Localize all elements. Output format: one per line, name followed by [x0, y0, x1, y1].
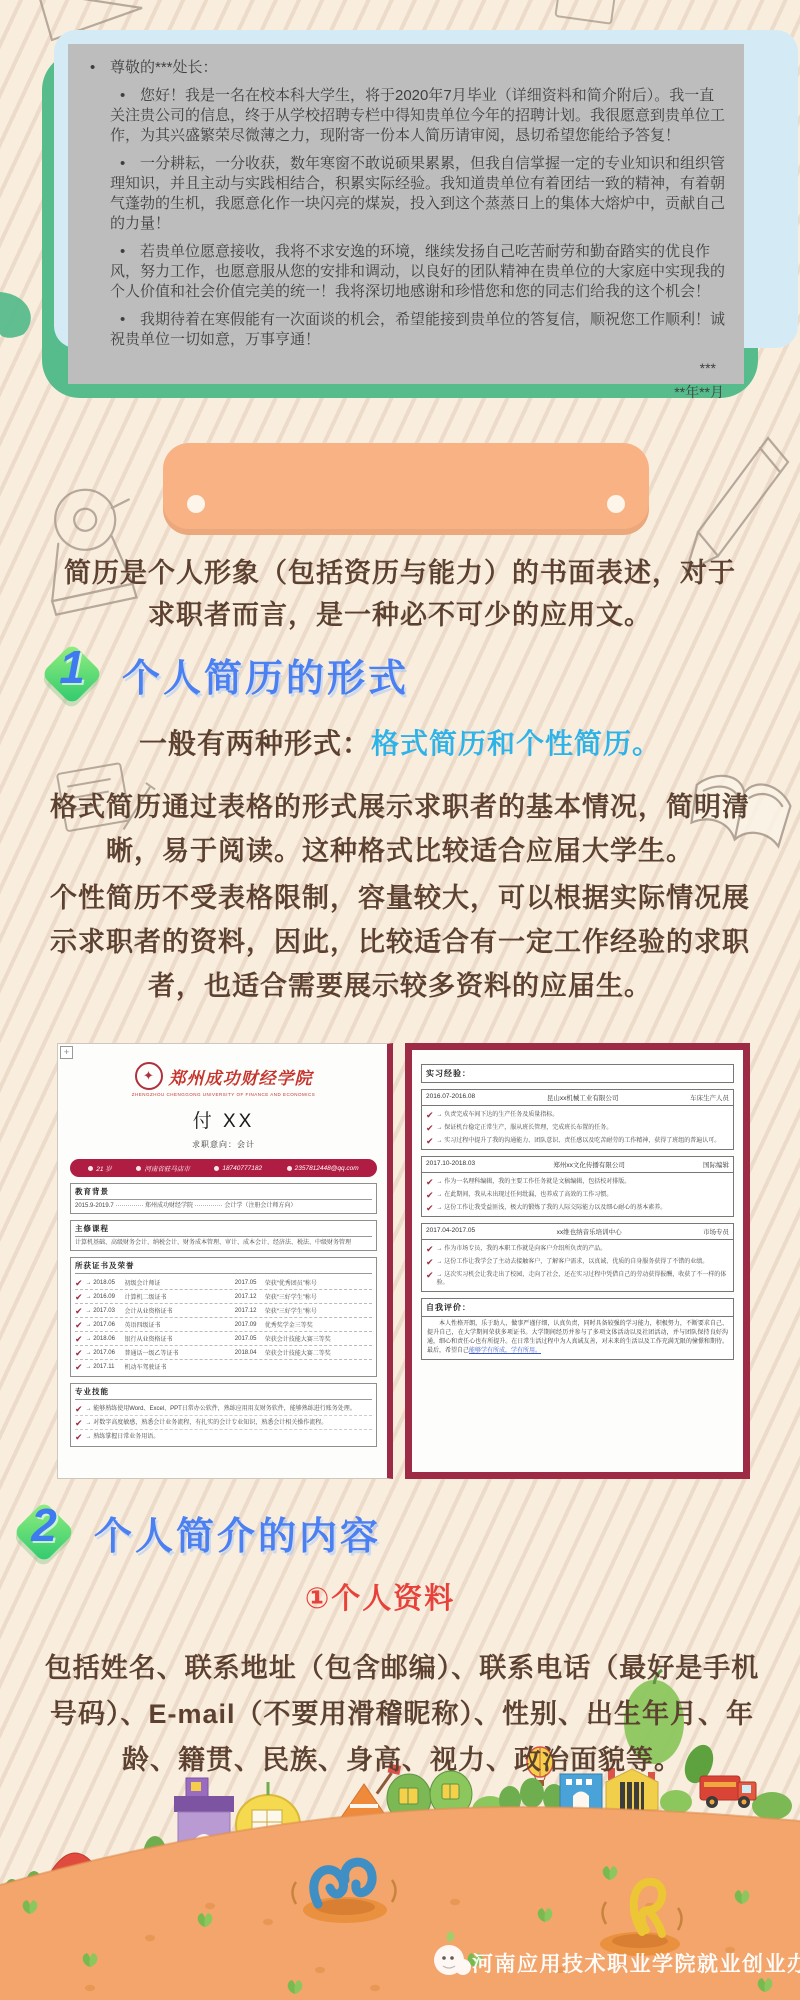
cert-row: 2017.06普通话一级乙等证书2018.04荣获会计技能大赛二等奖	[75, 1346, 372, 1360]
letter-paragraph: 我期待着在寒假能有一次面谈的机会，希望能接到贵单位的答复信，顺祝您工作顺利！诚祝…	[84, 310, 728, 350]
section-2-header: 2 个人简介的内容	[8, 1496, 381, 1568]
forms-line-highlight: 格式简历和个性简历。	[371, 728, 661, 759]
cert-row: 2018.06银行从业资格证书2017.05荣获会计技能大赛三等奖	[75, 1332, 372, 1346]
section-number-badge: 2	[8, 1496, 80, 1568]
skill-row: 熟练掌握日常业务用语。	[75, 1430, 372, 1443]
letter-signature: ***	[84, 358, 728, 378]
forms-line: 一般有两种形式：格式简历和个性简历。	[0, 722, 800, 762]
education-section: 教育背景 2015.9-2019.7 ·············· 郑州成功财经…	[70, 1183, 377, 1214]
sub-heading-personal-data: ①个人资料	[0, 1576, 760, 1617]
job-header: 2017.04-2017.05xx维也纳音乐培训中心市场专员	[421, 1223, 734, 1240]
banner-rivet-right	[607, 495, 625, 513]
check-icon	[426, 1124, 434, 1132]
forms-line-prefix: 一般有两种形式：	[139, 728, 371, 759]
section-number: 2	[8, 1498, 80, 1552]
skill-row: 能够熟练使用Word、Excel、PPT日常办公软件，熟练应用用友财务软件，能够…	[75, 1402, 372, 1416]
banner-rivet-left	[187, 495, 205, 513]
include-items-paragraph: 包括姓名、联系地址（包含邮编）、联系电话（最好是手机号码）、E-mail（不要用…	[44, 1645, 760, 1783]
check-icon	[75, 1363, 83, 1371]
intro-paragraph: 简历是个人形象（包括资历与能力）的书面表述，对于求职者而言，是一种必不可少的应用…	[60, 552, 740, 636]
email-field: 2357812448@qq.com	[287, 1165, 359, 1172]
phone-icon	[214, 1166, 219, 1171]
check-icon	[426, 1178, 434, 1186]
resume-sample-format: 郑州成功财经学院 ZHENGZHOU CHENGGONG UNIVERSITY …	[57, 1043, 393, 1479]
certs-section: 所获证书及荣誉 2018.05初级会计师证2017.05荣获“优秀团员”称号 2…	[70, 1257, 377, 1377]
check-icon	[75, 1349, 83, 1357]
check-icon	[75, 1293, 83, 1301]
courses-line: 计算机基础、高级财务会计、纳税会计、财务成本管理、审计、成本会计、经济法、税法、…	[75, 1239, 372, 1247]
school-logo-icon	[135, 1062, 163, 1090]
letter-paragraph: 您好！我是一名在校本科大学生，将于2020年7月毕业（详细资料和简介附后）。我一…	[84, 86, 728, 146]
cert-row: 2018.05初级会计师证2017.05荣获“优秀团员”称号	[75, 1276, 372, 1290]
footer-credit: 河南应用技术职业学院就业创业办	[472, 1948, 800, 1978]
section-number-badge: 1	[36, 638, 108, 710]
section-title: 个人简历的形式	[122, 647, 409, 702]
check-icon	[426, 1245, 434, 1253]
check-icon	[75, 1433, 83, 1441]
resume-sample-personal: 实习经验： 2016.07-2016.08昆山xx机械工业有限公司车床生产人员 …	[405, 1043, 750, 1479]
job-header: 2016.07-2016.08昆山xx机械工业有限公司车床生产人员	[421, 1089, 734, 1106]
cert-row: 2017.03会计从业资格证书2017.12荣获“三好学生”称号	[75, 1304, 372, 1318]
self-evaluation-title: 自我评价：	[421, 1298, 734, 1317]
phone-field: 18740777182	[214, 1165, 262, 1172]
mail-icon	[287, 1166, 292, 1171]
experience-title: 实习经验：	[421, 1064, 734, 1083]
check-icon	[426, 1204, 434, 1212]
location-icon	[136, 1166, 141, 1171]
job-header: 2017.10-2018.03郑州xx文化传播有限公司国际编辑	[421, 1156, 734, 1173]
resume-school-header: 郑州成功财经学院	[70, 1062, 377, 1090]
check-icon	[426, 1191, 434, 1199]
check-icon	[75, 1307, 83, 1315]
self-evaluation-link: 能够学有所成，学有所用。	[469, 1348, 541, 1354]
job-bullets: 作为市场专员，我的本职工作就是向客户介绍所负责的产品。 这份工作让我学会了主动去…	[421, 1240, 734, 1292]
letter-date: **年**月	[84, 382, 728, 402]
cert-row: 2017.06英语四级证书2017.09优秀奖学金三等奖	[75, 1318, 372, 1332]
job-bullets: 作为一名理科编辑，我的主要工作任务就是文稿编辑，包括校对排版。 在此期间，我从未…	[421, 1173, 734, 1217]
self-evaluation-text: 本人性格开朗，乐于助人，做事严谨仔细，认真负责，同时具备较强的学习能力，积极努力…	[421, 1317, 734, 1360]
cover-letter: 尊敬的***处长： 您好！我是一名在校本科大学生，将于2020年7月毕业（详细资…	[68, 44, 744, 384]
skills-section: 专业技能 能够熟练使用Word、Excel、PPT日常办公软件，熟练应用用友财务…	[70, 1383, 377, 1447]
job-bullets: 负责完成车间下达的生产任务及质量指标。 保证机台稳定正常生产，服从班长管理，完成…	[421, 1106, 734, 1150]
person-icon	[88, 1166, 93, 1171]
check-icon	[75, 1321, 83, 1329]
job-objective: 求职意向：会计	[70, 1139, 377, 1150]
letter-salutation: 尊敬的***处长：	[84, 58, 728, 78]
check-icon	[426, 1137, 434, 1145]
infographic-page: 尊敬的***处长： 您好！我是一名在校本科大学生，将于2020年7月毕业（详细资…	[0, 0, 800, 2000]
word-anchor-icon	[60, 1046, 73, 1059]
check-icon	[426, 1258, 434, 1266]
school-name: 郑州成功财经学院	[169, 1064, 313, 1089]
check-icon	[75, 1279, 83, 1287]
section-number: 1	[36, 640, 108, 694]
letter-paragraph: 一分耕耘，一分收获，数年寒窗不敢说硕果累累，但我自信掌握一定的专业知识和组织管理…	[84, 154, 728, 234]
check-icon	[75, 1335, 83, 1343]
letter-paragraph: 若贵单位愿意接收，我将不求安逸的环境，继续发扬自己吃苦耐劳和勤奋踏实的优良作风，…	[84, 242, 728, 302]
personal-resume-paragraph: 个性简历不受表格限制，容量较大，可以根据实际情况展示求职者的资料，因此，比较适合…	[40, 876, 760, 1008]
title-banner	[163, 443, 649, 535]
section-title: 个人简介的内容	[94, 1505, 381, 1560]
skills-title: 专业技能	[75, 1386, 372, 1400]
candidate-name: 付 XX	[70, 1106, 377, 1133]
skill-row: 对数字高度敏感，熟悉会计业务流程，有扎实的会计专业知识，熟悉会计相关操作流程。	[75, 1416, 372, 1430]
age-field: 21 岁	[88, 1164, 112, 1173]
check-icon	[75, 1419, 83, 1427]
format-resume-paragraph: 格式简历通过表格的形式展示求职者的基本情况，简明清晰，易于阅读。这种格式比较适合…	[40, 785, 760, 873]
location-field: 河南省驻马店市	[136, 1164, 190, 1173]
check-icon	[75, 1405, 83, 1413]
cert-row: 2017.11机动车驾驶证书	[75, 1360, 372, 1373]
courses-section: 主修课程 计算机基础、高级财务会计、纳税会计、财务成本管理、审计、成本会计、经济…	[70, 1220, 377, 1251]
section-1-header: 1 个人简历的形式	[36, 638, 409, 710]
contact-bar: 21 岁 河南省驻马店市 18740777182 2357812448@qq.c…	[70, 1159, 377, 1177]
education-line: 2015.9-2019.7 ·············· 郑州成功财经学院 ··…	[75, 1202, 372, 1210]
courses-title: 主修课程	[75, 1223, 372, 1237]
check-icon	[426, 1271, 434, 1279]
check-icon	[426, 1111, 434, 1119]
certs-title: 所获证书及荣誉	[75, 1260, 372, 1274]
school-name-en: ZHENGZHOU CHENGGONG UNIVERSITY OF FINANC…	[70, 1092, 377, 1097]
cert-row: 2016.09计算机二级证书2017.12荣获“三好学生”称号	[75, 1290, 372, 1304]
education-title: 教育背景	[75, 1186, 372, 1200]
